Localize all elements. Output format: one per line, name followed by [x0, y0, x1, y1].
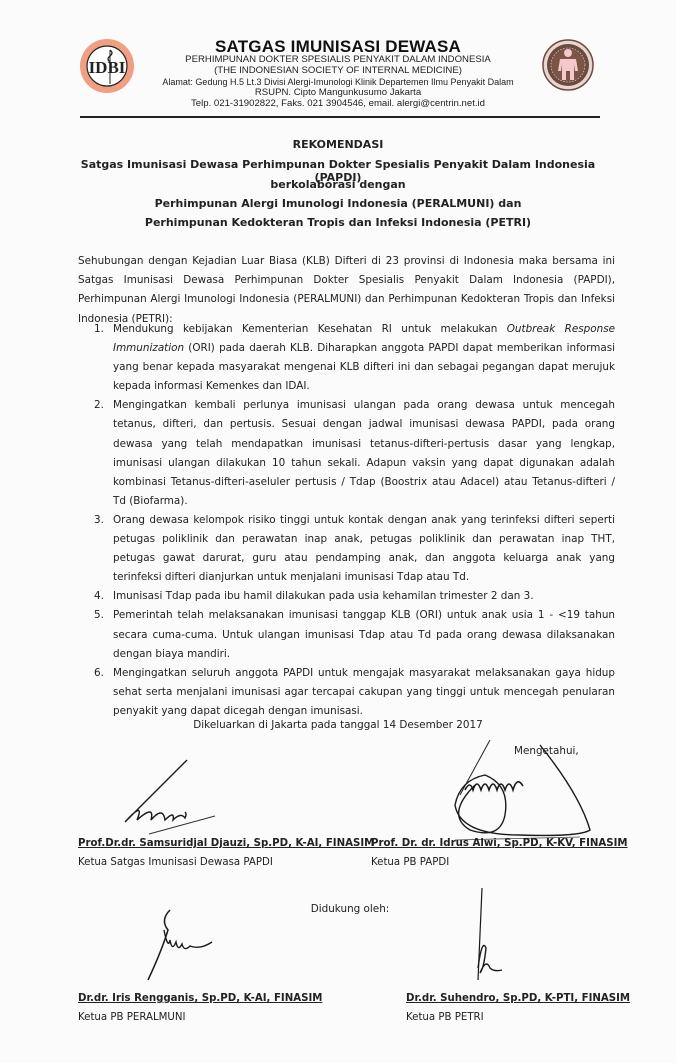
item-text: Orang dewasa kelompok risiko tinggi untu…	[113, 514, 615, 583]
signatory-name: Prof.Dr.dr. Samsuridjal Djauzi, Sp.PD, K…	[78, 838, 374, 849]
signatory-role: Ketua PB PETRI	[406, 1012, 484, 1023]
signature-samsuridjal-icon	[115, 760, 225, 840]
item-number: 1.	[94, 320, 104, 339]
recommendation-item: 3.Orang dewasa kelompok risiko tinggi un…	[94, 511, 615, 587]
recommendation-list: 1.Mendukung kebijakan Kementerian Keseha…	[94, 320, 615, 721]
recommendation-item: 2.Mengingatkan kembali perlunya imunisas…	[94, 396, 615, 511]
society-seal-icon	[542, 39, 594, 91]
supported-by-label: Didukung oleh:	[300, 903, 400, 915]
signatory-role: Ketua PB PAPDI	[371, 857, 449, 868]
item-number: 6.	[94, 664, 104, 683]
document-title: REKOMENDASI	[60, 138, 616, 151]
item-text: Mendukung kebijakan Kementerian Kesehata…	[113, 323, 507, 335]
recommendation-item: 5.Pemerintah telah melaksanakan imunisas…	[94, 606, 615, 663]
item-number: 3.	[94, 511, 104, 530]
item-text: Mengingatkan kembali perlunya imunisasi …	[113, 399, 615, 506]
item-text: Mengingatkan seluruh anggota PAPDI untuk…	[113, 667, 615, 717]
issued-statement: Dikeluarkan di Jakarta pada tanggal 14 D…	[60, 719, 616, 731]
document-subtitle-2: berkolaborasi dengan	[60, 178, 616, 191]
svg-text:IDBI: IDBI	[89, 58, 126, 77]
signatory-role: Ketua Satgas Imunisasi Dewasa PAPDI	[78, 857, 273, 868]
intro-paragraph: Sehubungan dengan Kejadian Luar Biasa (K…	[78, 252, 615, 329]
signatory-name: Dr.dr. Iris Rengganis, Sp.PD, K-AI, FINA…	[78, 993, 322, 1004]
signature-iris-icon	[140, 910, 220, 985]
item-text-continued: (ORI) pada daerah KLB. Diharapkan anggot…	[113, 342, 615, 392]
letterhead-organization-english: (THE INDONESIAN SOCIETY OF INTERNAL MEDI…	[130, 66, 546, 77]
recommendation-item: 6.Mengingatkan seluruh anggota PAPDI unt…	[94, 664, 615, 721]
signatory-role: Ketua PB PERALMUNI	[78, 1012, 186, 1023]
document-subtitle-4: Perhimpunan Kedokteran Tropis dan Infeks…	[60, 216, 616, 229]
document-subtitle-3: Perhimpunan Alergi Imunologi Indonesia (…	[60, 197, 616, 210]
item-text: Pemerintah telah melaksanakan imunisasi …	[113, 609, 615, 659]
recommendation-item: 1.Mendukung kebijakan Kementerian Keseha…	[94, 320, 615, 396]
letterhead-contact: Telp. 021-31902822, Faks. 021 3904546, e…	[130, 99, 546, 110]
recommendation-item: 4.Imunisasi Tdap pada ibu hamil dilakuka…	[94, 587, 615, 606]
item-number: 4.	[94, 587, 104, 606]
signatory-name: Dr.dr. Suhendro, Sp.PD, K-PTI, FINASIM	[406, 993, 630, 1004]
item-text: Imunisasi Tdap pada ibu hamil dilakukan …	[113, 590, 534, 602]
item-number: 2.	[94, 396, 104, 415]
signature-idrus-icon	[430, 735, 610, 845]
letterhead-divider	[80, 116, 600, 118]
item-number: 5.	[94, 606, 104, 625]
signature-suhendro-icon	[470, 888, 510, 983]
signatory-name: Prof. Dr. dr. Idrus Alwi, Sp.PD, K-KV, F…	[371, 838, 628, 849]
